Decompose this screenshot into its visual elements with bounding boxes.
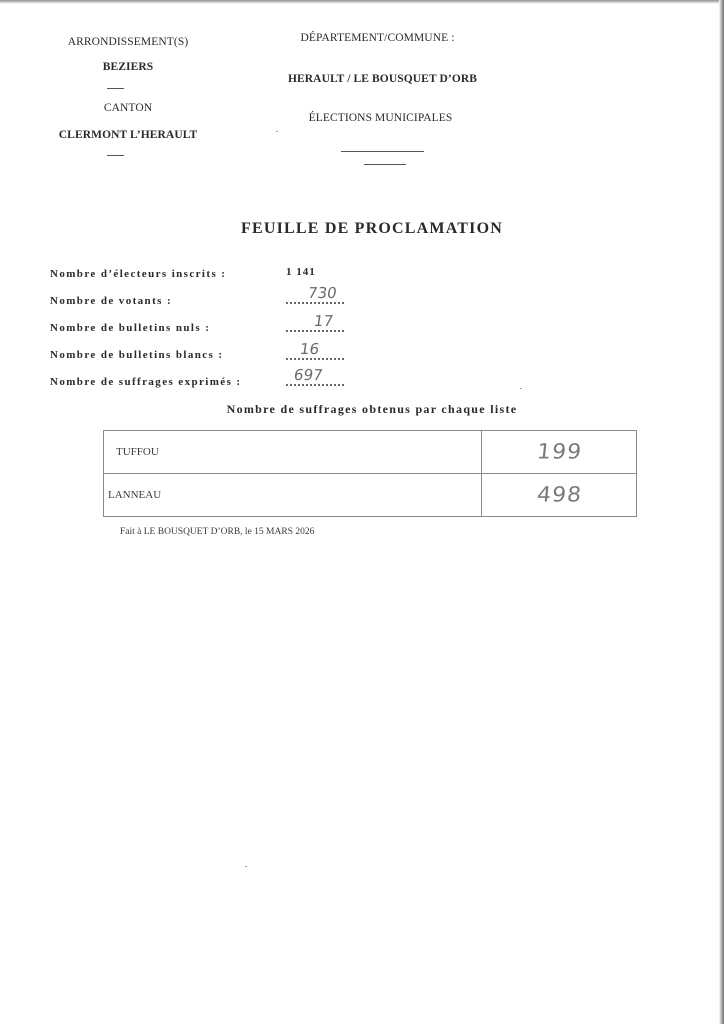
table-row: LANNEAU 498 (104, 474, 637, 517)
scan-speck (520, 388, 522, 389)
separator-line (341, 151, 424, 152)
separator-line-short (364, 164, 406, 165)
list-votes: 199 (535, 440, 582, 464)
stat-field-blancs: 16 (286, 340, 344, 360)
stat-field-votants: 730 (286, 284, 344, 304)
stat-field-exprimes: 697 (286, 366, 344, 386)
stat-value-nuls: 17 (313, 312, 335, 330)
departement-value: HERAULT / LE BOUSQUET D’ORB (260, 73, 505, 85)
results-table: TUFFOU 199 LANNEAU 498 (103, 430, 637, 517)
arrondissement-label: ARRONDISSEMENT(S) (28, 36, 228, 48)
page-title: FEUILLE DE PROCLAMATION (0, 220, 724, 238)
canton-value: CLERMONT L’HERAULT (28, 129, 228, 141)
stat-value-inscrits: 1 141 (286, 266, 316, 278)
canton-label: CANTON (28, 102, 228, 114)
departement-label: DÉPARTEMENT/COMMUNE : (255, 32, 500, 44)
stat-label-votants: Nombre de votants : (50, 295, 172, 307)
stat-field-nuls: 17 (286, 312, 344, 332)
election-type: ÉLECTIONS MUNICIPALES (258, 112, 503, 124)
stat-value-votants: 730 (307, 284, 338, 302)
stat-label-exprimes: Nombre de suffrages exprimés : (50, 376, 242, 388)
signature-line: Fait à LE BOUSQUET D’ORB, le 15 MARS 202… (120, 527, 314, 537)
scan-edge-top (0, 0, 724, 4)
stat-label-nuls: Nombre de bulletins nuls : (50, 322, 210, 334)
stat-label-inscrits: Nombre d’électeurs inscrits : (50, 268, 226, 280)
list-name: TUFFOU (104, 431, 482, 474)
list-name: LANNEAU (104, 474, 482, 517)
stat-label-blancs: Nombre de bulletins blancs : (50, 349, 223, 361)
stat-value-blancs: 16 (299, 340, 321, 358)
arrondissement-value: BEZIERS (28, 61, 228, 73)
results-title: Nombre de suffrages obtenus par chaque l… (0, 402, 724, 417)
scan-edge-right (719, 0, 724, 1024)
list-votes: 498 (535, 483, 582, 507)
scan-speck (245, 866, 247, 867)
stat-value-exprimes: 697 (293, 366, 324, 384)
separator-dash (107, 88, 124, 89)
table-row: TUFFOU 199 (104, 431, 637, 474)
separator-dash (107, 155, 124, 156)
scan-speck (276, 131, 278, 132)
